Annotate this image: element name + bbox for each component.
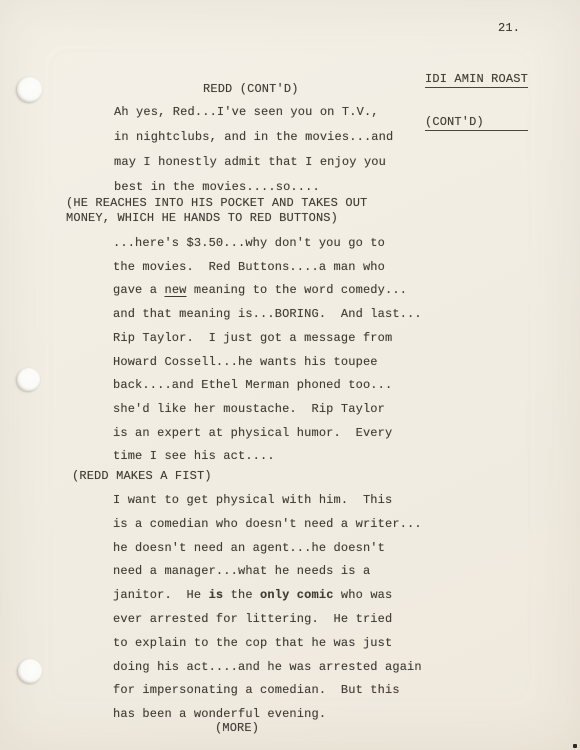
dialogue-block-1: Ah yes, Red...I've seen you on T.V.,in n…	[114, 100, 393, 200]
dialogue-line: to explain to the cop that he was just	[113, 632, 422, 656]
dialogue-line: she'd like her moustache. Rip Taylor	[113, 398, 422, 422]
dialogue-line: he doesn't need an agent...he doesn't	[113, 537, 422, 561]
dialogue-line: time I see his act....	[113, 445, 422, 469]
more-continuation: (MORE)	[215, 721, 259, 735]
dialogue-line: Howard Cossell...he wants his toupee	[113, 351, 422, 375]
dialogue-block-3: I want to get physical with him. Thisis …	[113, 489, 422, 727]
dialogue-line: may I honestly admit that I enjoy you	[114, 150, 393, 175]
text-segment: gave a	[113, 283, 164, 297]
dialogue-line: ...here's $3.50...why don't you go to	[113, 232, 422, 256]
dialogue-line: and that meaning is...BORING. And last..…	[113, 303, 422, 327]
dialogue-line: Rip Taylor. I just got a message from	[113, 327, 422, 351]
text-segment: who was	[334, 588, 393, 602]
character-cue: REDD (CONT'D)	[203, 82, 299, 96]
dialogue-line: janitor. He is the only comic who was	[113, 584, 422, 608]
dialogue-line: ever arrested for littering. He tried	[113, 608, 422, 632]
text-segment: meaning to the word comedy...	[187, 283, 408, 297]
stage-direction-1: (HE REACHES INTO HIS POCKET AND TAKES OU…	[66, 196, 367, 225]
punch-hole-middle	[17, 368, 40, 391]
stage-direction-line: (HE REACHES INTO HIS POCKET AND TAKES OU…	[66, 196, 367, 211]
slug-title: IDI AMIN ROAST	[425, 73, 528, 88]
bold-phrase: only comic	[260, 588, 334, 602]
text-segment: janitor. He	[113, 588, 209, 602]
dialogue-line: Ah yes, Red...I've seen you on T.V.,	[114, 100, 393, 125]
scan-speck	[573, 744, 577, 748]
stage-direction-line: (REDD MAKES A FIST)	[72, 469, 212, 484]
dialogue-line: gave a new meaning to the word comedy...	[113, 279, 422, 303]
dialogue-line: doing his act....and he was arrested aga…	[113, 656, 422, 680]
script-page: 21. IDI AMIN ROAST (CONT'D) REDD (CONT'D…	[0, 0, 580, 750]
dialogue-line: the movies. Red Buttons....a man who	[113, 256, 422, 280]
dialogue-line: for impersonating a comedian. But this	[113, 679, 422, 703]
stage-direction-line: MONEY, WHICH HE HANDS TO RED BUTTONS)	[66, 211, 367, 226]
punch-hole-bottom	[18, 659, 42, 683]
dialogue-line: in nightclubs, and in the movies...and	[114, 125, 393, 150]
dialogue-line: I want to get physical with him. This	[113, 489, 422, 513]
text-segment: the	[223, 588, 260, 602]
dialogue-line: has been a wonderful evening.	[113, 703, 422, 727]
underlined-word: new	[164, 283, 186, 297]
dialogue-block-2: ...here's $3.50...why don't you go tothe…	[113, 232, 422, 469]
stage-direction-2: (REDD MAKES A FIST)	[72, 469, 212, 484]
slug-contd: (CONT'D)	[425, 116, 528, 131]
dialogue-line: is a comedian who doesn't need a writer.…	[113, 513, 422, 537]
bold-phrase: is	[209, 588, 224, 602]
dialogue-line: back....and Ethel Merman phoned too...	[113, 374, 422, 398]
page-number: 21.	[498, 21, 520, 35]
dialogue-line: is an expert at physical humor. Every	[113, 422, 422, 446]
dialogue-line: need a manager...what he needs is a	[113, 560, 422, 584]
slug-header: IDI AMIN ROAST (CONT'D)	[425, 45, 528, 159]
punch-hole-top	[17, 77, 42, 102]
